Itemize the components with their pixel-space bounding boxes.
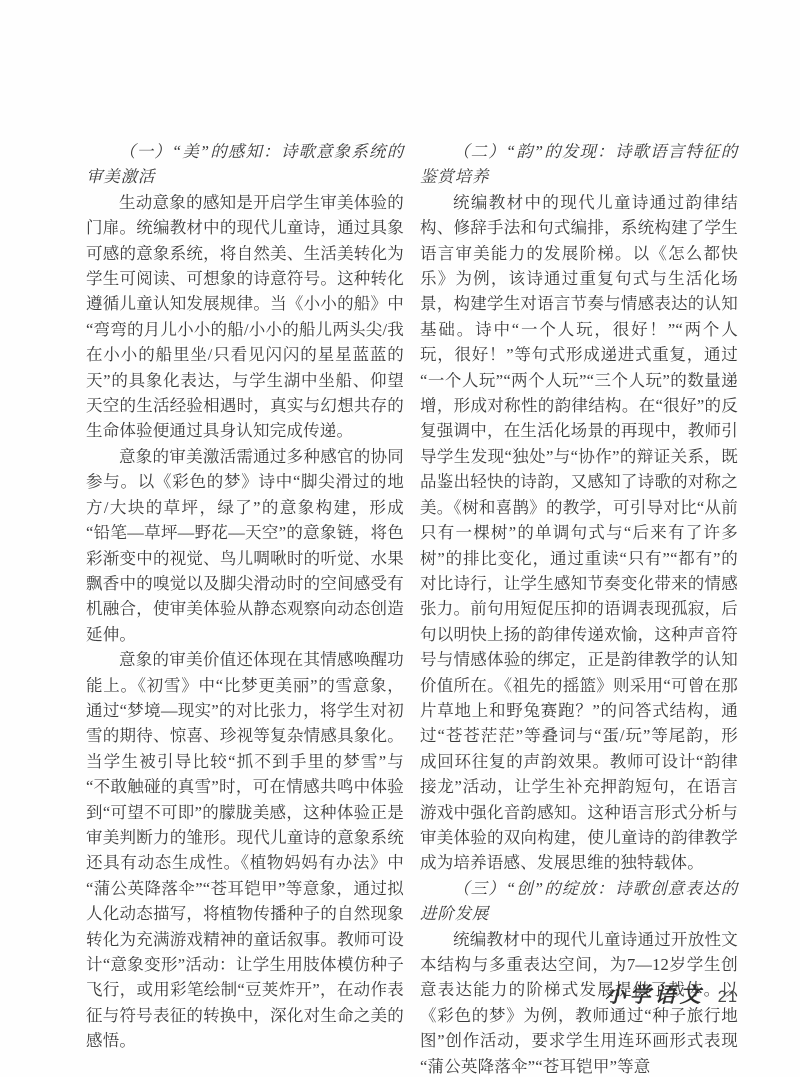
text-column-right: （二）“韵”的发现：诗歌语言特征的鉴赏培养 统编教材中的现代儿童诗通过韵律结构、…	[420, 139, 738, 1077]
page-number: 21	[718, 988, 738, 1007]
section-1-paragraph-2: 意象的审美激活需通过多种感官的协同参与。以《彩色的梦》诗中“脚尖滑过的地方/大块…	[86, 444, 404, 647]
section-3-heading: （三）“创”的绽放：诗歌创意表达的进阶发展	[420, 876, 738, 927]
page-footer: 小学语文 21	[605, 979, 738, 1009]
document-page: （一）“美”的感知：诗歌意象系统的审美激活 生动意象的感知是开启学生审美体验的门…	[0, 0, 800, 1077]
text-column-left: （一）“美”的感知：诗歌意象系统的审美激活 生动意象的感知是开启学生审美体验的门…	[86, 139, 404, 1077]
section-1-heading: （一）“美”的感知：诗歌意象系统的审美激活	[86, 139, 404, 190]
section-2-paragraph-1: 统编教材中的现代儿童诗通过韵律结构、修辞手法和句式编排，系统构建了学生语言审美能…	[420, 190, 738, 876]
section-1-paragraph-1: 生动意象的感知是开启学生审美体验的门扉。统编教材中的现代儿童诗，通过具象可感的意…	[86, 190, 404, 444]
journal-title: 小学语文	[605, 979, 705, 1009]
section-1-paragraph-3: 意象的审美价值还体现在其情感唤醒功能上。《初雪》中“比梦更美丽”的雪意象，通过“…	[86, 647, 404, 1054]
page-body: （一）“美”的感知：诗歌意象系统的审美激活 生动意象的感知是开启学生审美体验的门…	[86, 139, 738, 1077]
section-2-heading: （二）“韵”的发现：诗歌语言特征的鉴赏培养	[420, 139, 738, 190]
